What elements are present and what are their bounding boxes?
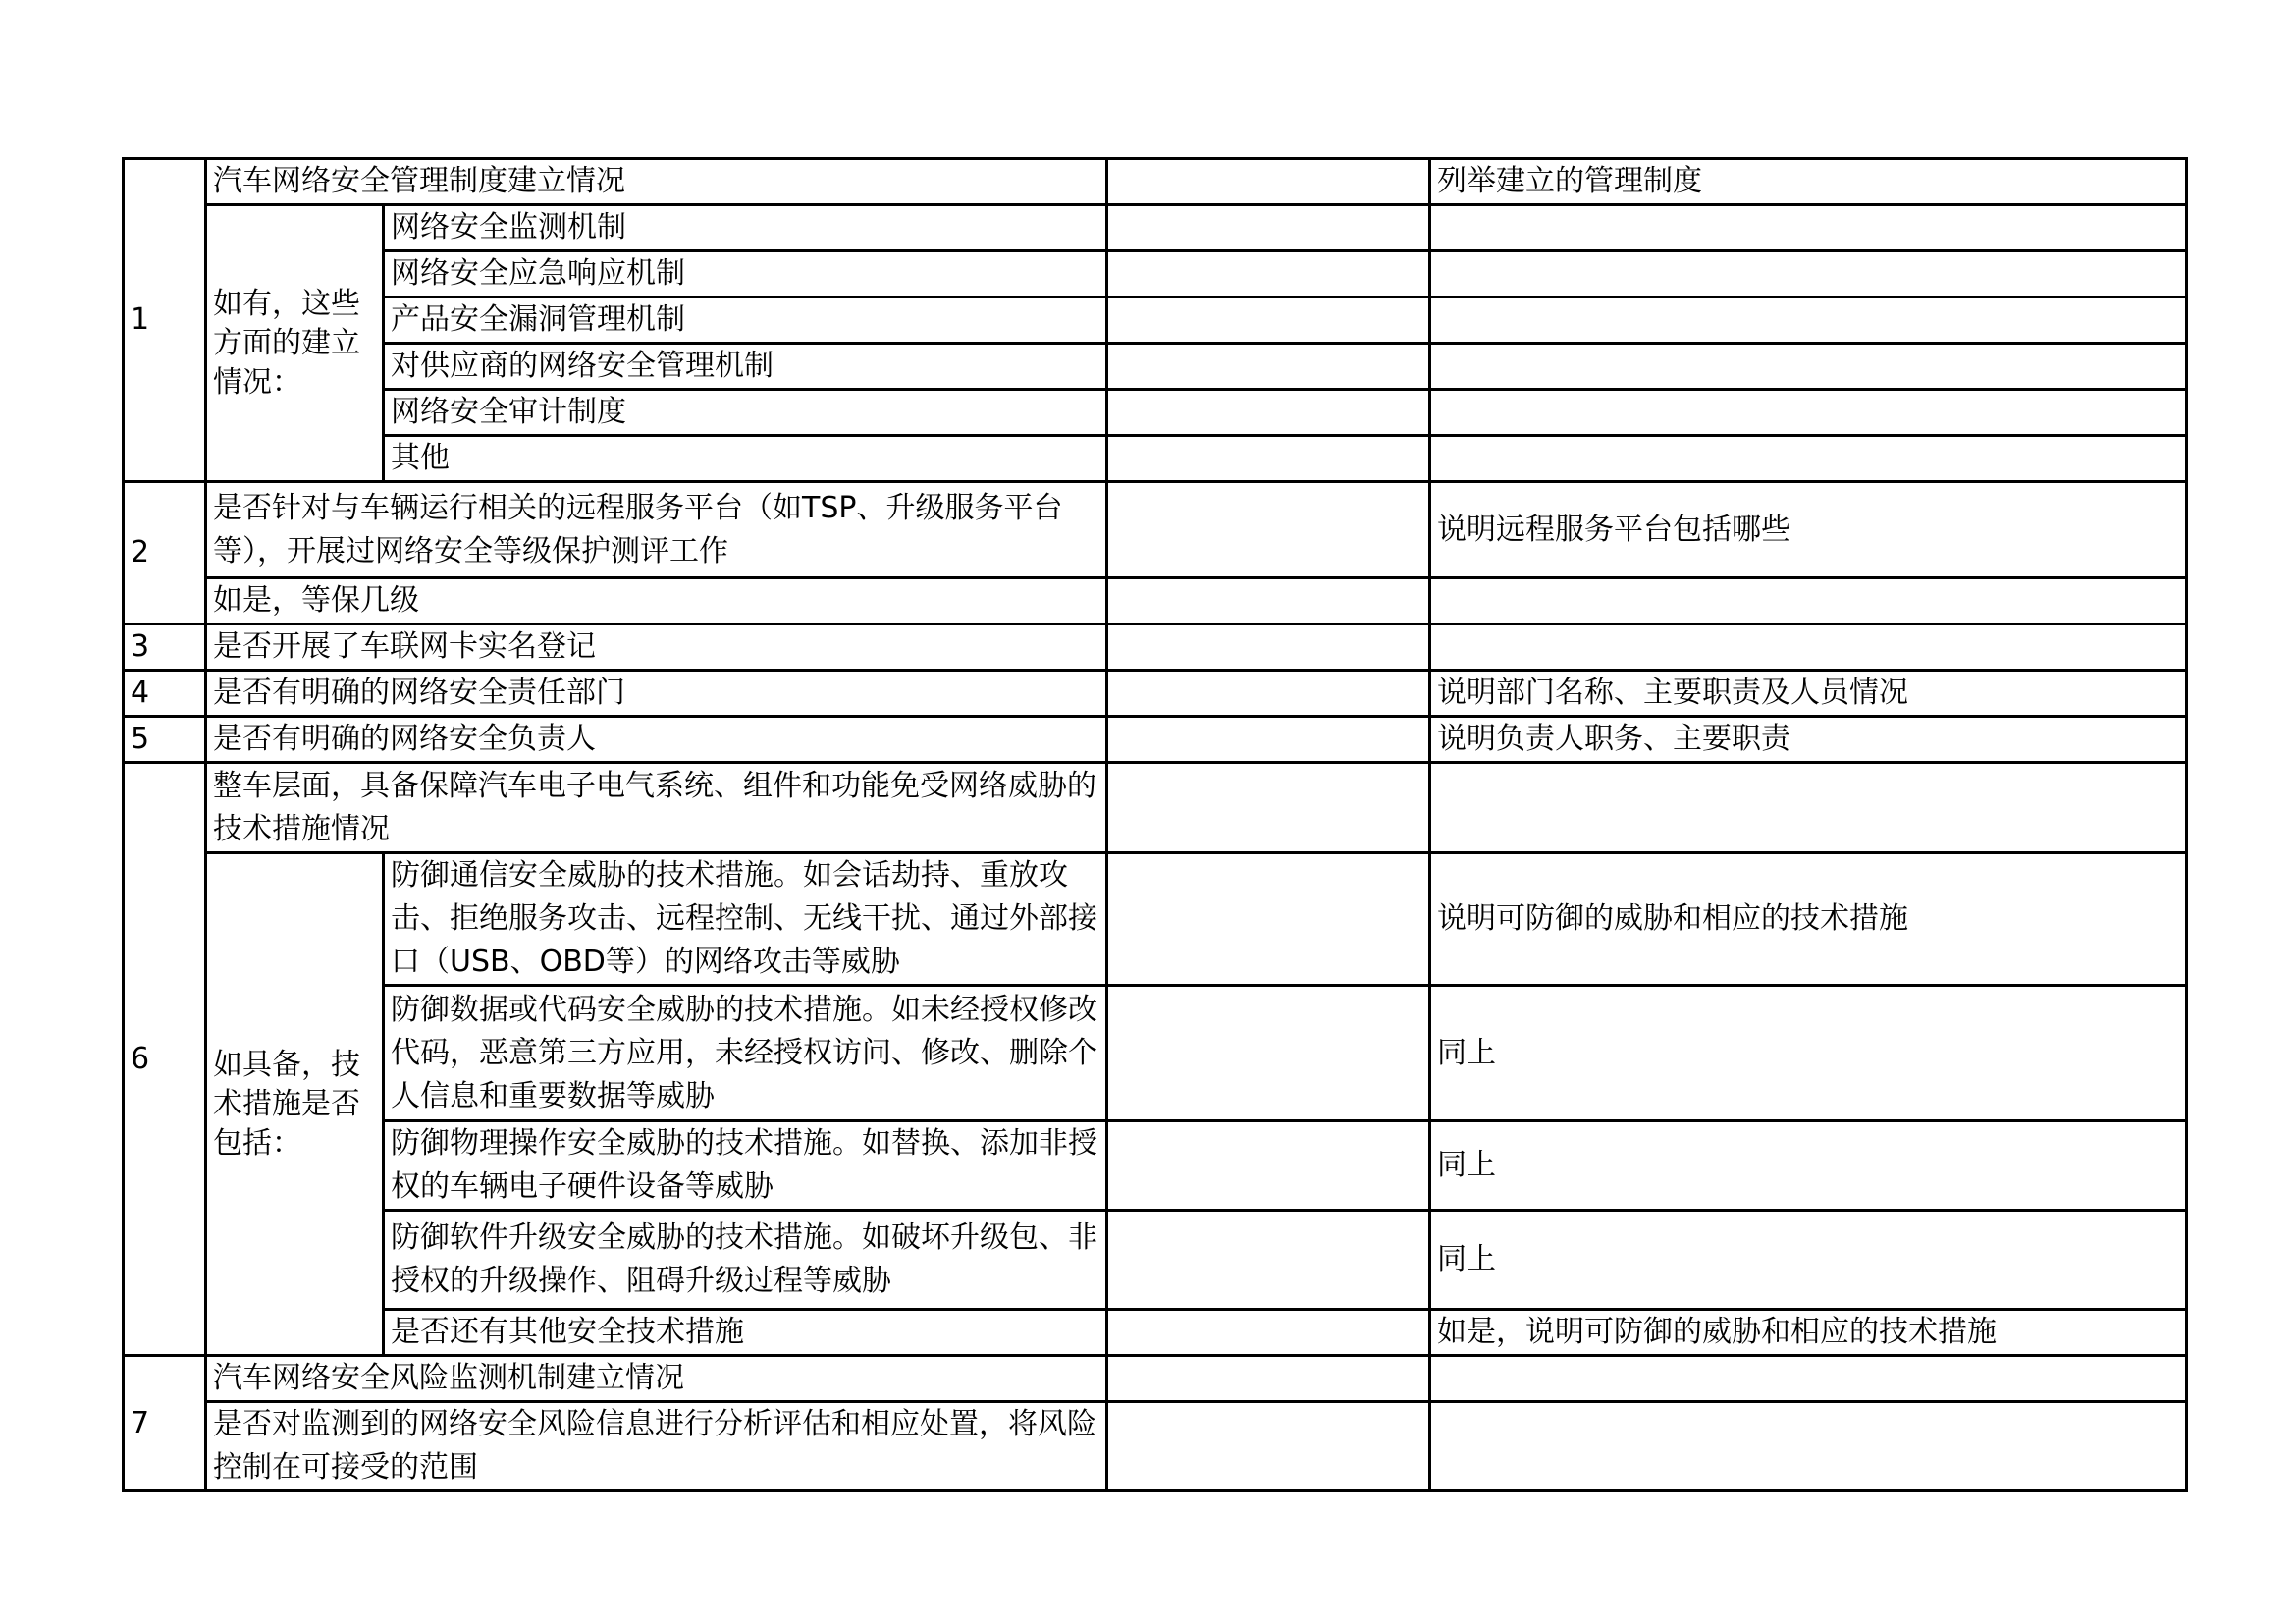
table-row: 其他 — [124, 436, 2187, 482]
note-cell[interactable] — [1430, 1356, 2187, 1402]
note-text: 同上 — [1430, 1211, 2187, 1310]
question-text: 整车层面，具备保障汽车电子电气系统、组件和功能免受网络威胁的技术措施情况 — [206, 763, 1107, 853]
answer-cell[interactable] — [1107, 251, 1430, 298]
answer-cell[interactable] — [1107, 1211, 1430, 1310]
item-text: 网络安全监测机制 — [384, 205, 1107, 251]
note-text: 同上 — [1430, 1121, 2187, 1211]
table-row: 是否还有其他安全技术措施 如是，说明可防御的威胁和相应的技术措施 — [124, 1310, 2187, 1356]
answer-cell[interactable] — [1107, 1356, 1430, 1402]
answer-cell[interactable] — [1107, 205, 1430, 251]
answer-cell[interactable] — [1107, 390, 1430, 436]
row-number: 4 — [124, 671, 206, 717]
note-text — [1430, 624, 2187, 671]
question-text: 是否对监测到的网络安全风险信息进行分析评估和相应处置，将风险控制在可接受的范围 — [206, 1402, 1107, 1491]
table-row: 6 整车层面，具备保障汽车电子电气系统、组件和功能免受网络威胁的技术措施情况 — [124, 763, 2187, 853]
note-cell[interactable] — [1430, 205, 2187, 251]
note-cell[interactable] — [1430, 763, 2187, 853]
note-text: 说明可防御的威胁和相应的技术措施 — [1430, 853, 2187, 986]
answer-cell[interactable] — [1107, 624, 1430, 671]
table-row: 网络安全应急响应机制 — [124, 251, 2187, 298]
table-row: 防御数据或代码安全威胁的技术措施。如未经授权修改代码，恶意第三方应用，未经授权访… — [124, 986, 2187, 1121]
sub-label: 如具备，技术措施是否包括： — [206, 853, 384, 1356]
note-cell[interactable] — [1430, 578, 2187, 624]
row-number: 3 — [124, 624, 206, 671]
table-row: 7 汽车网络安全风险监测机制建立情况 — [124, 1356, 2187, 1402]
item-text: 对供应商的网络安全管理机制 — [384, 344, 1107, 390]
item-text: 产品安全漏洞管理机制 — [384, 298, 1107, 344]
answer-cell[interactable] — [1107, 578, 1430, 624]
note-cell[interactable] — [1430, 344, 2187, 390]
question-text: 汽车网络安全管理制度建立情况 — [206, 159, 1107, 205]
sub-label: 如有，这些方面的建立情况： — [206, 205, 384, 482]
item-text: 网络安全审计制度 — [384, 390, 1107, 436]
table-row: 对供应商的网络安全管理机制 — [124, 344, 2187, 390]
followup-text: 如是，等保几级 — [206, 578, 1107, 624]
answer-cell[interactable] — [1107, 763, 1430, 853]
row-number: 7 — [124, 1356, 206, 1491]
table-row: 产品安全漏洞管理机制 — [124, 298, 2187, 344]
item-text: 是否还有其他安全技术措施 — [384, 1310, 1107, 1356]
answer-cell[interactable] — [1107, 717, 1430, 763]
answer-cell[interactable] — [1107, 436, 1430, 482]
questionnaire-table: 1 汽车网络安全管理制度建立情况 列举建立的管理制度 如有，这些方面的建立情况：… — [122, 157, 2188, 1492]
table-row: 5 是否有明确的网络安全负责人 说明负责人职务、主要职责 — [124, 717, 2187, 763]
item-text: 防御通信安全威胁的技术措施。如会话劫持、重放攻击、拒绝服务攻击、远程控制、无线干… — [384, 853, 1107, 986]
table-row: 1 汽车网络安全管理制度建立情况 列举建立的管理制度 — [124, 159, 2187, 205]
note-cell[interactable] — [1430, 390, 2187, 436]
table-row: 4 是否有明确的网络安全责任部门 说明部门名称、主要职责及人员情况 — [124, 671, 2187, 717]
question-text: 是否有明确的网络安全负责人 — [206, 717, 1107, 763]
item-text: 网络安全应急响应机制 — [384, 251, 1107, 298]
question-text: 是否开展了车联网卡实名登记 — [206, 624, 1107, 671]
note-cell[interactable] — [1430, 298, 2187, 344]
item-text: 防御数据或代码安全威胁的技术措施。如未经授权修改代码，恶意第三方应用，未经授权访… — [384, 986, 1107, 1121]
item-text: 防御物理操作安全威胁的技术措施。如替换、添加非授权的车辆电子硬件设备等威胁 — [384, 1121, 1107, 1211]
answer-cell[interactable] — [1107, 986, 1430, 1121]
table-row: 3 是否开展了车联网卡实名登记 — [124, 624, 2187, 671]
table-row: 防御物理操作安全威胁的技术措施。如替换、添加非授权的车辆电子硬件设备等威胁 同上 — [124, 1121, 2187, 1211]
answer-cell[interactable] — [1107, 853, 1430, 986]
table-row: 如有，这些方面的建立情况： 网络安全监测机制 — [124, 205, 2187, 251]
note-text: 说明远程服务平台包括哪些 — [1430, 482, 2187, 578]
answer-cell[interactable] — [1107, 1310, 1430, 1356]
answer-cell[interactable] — [1107, 1402, 1430, 1491]
table-row: 如具备，技术措施是否包括： 防御通信安全威胁的技术措施。如会话劫持、重放攻击、拒… — [124, 853, 2187, 986]
table-row: 如是，等保几级 — [124, 578, 2187, 624]
note-text: 同上 — [1430, 986, 2187, 1121]
row-number: 6 — [124, 763, 206, 1356]
question-text: 是否针对与车辆运行相关的远程服务平台（如TSP、升级服务平台等），开展过网络安全… — [206, 482, 1107, 578]
question-text: 是否有明确的网络安全责任部门 — [206, 671, 1107, 717]
note-text: 说明部门名称、主要职责及人员情况 — [1430, 671, 2187, 717]
table-row: 网络安全审计制度 — [124, 390, 2187, 436]
note-cell[interactable] — [1430, 436, 2187, 482]
note-text: 说明负责人职务、主要职责 — [1430, 717, 2187, 763]
table-row: 防御软件升级安全威胁的技术措施。如破坏升级包、非授权的升级操作、阻碍升级过程等威… — [124, 1211, 2187, 1310]
note-cell[interactable] — [1430, 1402, 2187, 1491]
note-text: 列举建立的管理制度 — [1430, 159, 2187, 205]
note-text: 如是，说明可防御的威胁和相应的技术措施 — [1430, 1310, 2187, 1356]
answer-cell[interactable] — [1107, 159, 1430, 205]
answer-cell[interactable] — [1107, 298, 1430, 344]
question-text: 汽车网络安全风险监测机制建立情况 — [206, 1356, 1107, 1402]
table-row: 是否对监测到的网络安全风险信息进行分析评估和相应处置，将风险控制在可接受的范围 — [124, 1402, 2187, 1491]
row-number: 1 — [124, 159, 206, 482]
item-text: 其他 — [384, 436, 1107, 482]
table-row: 2 是否针对与车辆运行相关的远程服务平台（如TSP、升级服务平台等），开展过网络… — [124, 482, 2187, 578]
row-number: 5 — [124, 717, 206, 763]
answer-cell[interactable] — [1107, 482, 1430, 578]
row-number: 2 — [124, 482, 206, 624]
answer-cell[interactable] — [1107, 671, 1430, 717]
answer-cell[interactable] — [1107, 1121, 1430, 1211]
note-cell[interactable] — [1430, 251, 2187, 298]
answer-cell[interactable] — [1107, 344, 1430, 390]
item-text: 防御软件升级安全威胁的技术措施。如破坏升级包、非授权的升级操作、阻碍升级过程等威… — [384, 1211, 1107, 1310]
